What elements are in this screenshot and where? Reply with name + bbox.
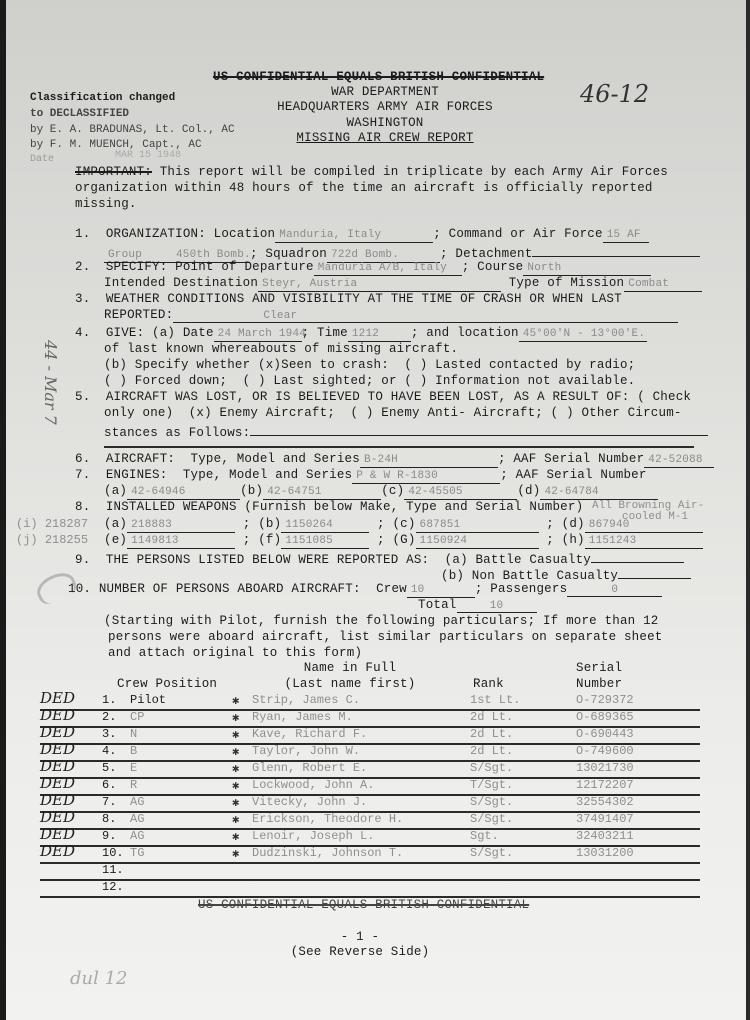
- crew-name[interactable]: Ryan, James M.: [252, 710, 353, 724]
- classification-top: US CONFIDENTIAL EQUALS BRITISH CONFIDENT…: [213, 70, 544, 84]
- section-number: 7.: [75, 468, 90, 482]
- weapon-serial-g[interactable]: 1150924: [416, 535, 539, 549]
- loss-location-field[interactable]: 45°00'N - 13°00'E.: [519, 328, 647, 342]
- weapon-serial-i: 218287: [45, 517, 88, 531]
- crew-serial[interactable]: O-689365: [576, 710, 634, 724]
- section-7-line-2: (a)42-64946(b)42-64751(c)42-45505(d)42-6…: [104, 484, 658, 500]
- org-location-field[interactable]: Manduria, Italy: [275, 229, 433, 243]
- status-annotation: DED: [40, 825, 75, 843]
- checkmark-icon: ✱: [232, 744, 239, 759]
- field-label: (d): [517, 484, 540, 498]
- classification-bottom: US CONFIDENTIAL EQUALS BRITISH CONFIDENT…: [198, 898, 529, 912]
- col-header-position: Crew Position: [117, 677, 217, 691]
- weapon-serial-f[interactable]: 1151085: [281, 535, 369, 549]
- stamp-date-label: Date: [30, 154, 54, 165]
- row-number: 2.: [102, 710, 116, 724]
- status-annotation: DED: [40, 774, 75, 792]
- scan-edge-right: [746, 0, 750, 1020]
- crew-rank[interactable]: S/Sgt.: [470, 812, 513, 826]
- field-label: ; Squadron: [250, 247, 327, 261]
- engine-type-field[interactable]: P & W R-1830: [352, 470, 500, 484]
- crew-rank[interactable]: S/Sgt.: [470, 846, 513, 860]
- crew-serial[interactable]: 32403211: [576, 829, 634, 843]
- passenger-count-field[interactable]: 0: [567, 584, 662, 597]
- field-label: Total: [418, 598, 457, 612]
- crew-rank[interactable]: S/Sgt.: [470, 761, 513, 775]
- loss-date-field[interactable]: 24 March 1944: [214, 328, 302, 342]
- section-8-line-2: (a)218883 ; (b)1150264 ; (c)687851 ; (d)…: [104, 517, 703, 533]
- instructions-line-1: (Starting with Pilot, furnish the follow…: [104, 614, 659, 628]
- crew-position[interactable]: AG: [130, 812, 144, 826]
- status-annotation: DED: [40, 740, 75, 758]
- field-label: (b): [240, 484, 263, 498]
- section-label: GIVE:: [106, 326, 145, 340]
- crew-name[interactable]: Dudzinski, Johnson T.: [252, 846, 403, 860]
- section-3-line-1: 3. WEATHER CONDITIONS AND VISIBILITY AT …: [75, 292, 622, 306]
- crew-name[interactable]: Vitecky, John J.: [252, 795, 367, 809]
- col-header-name-2: (Last name first): [270, 677, 430, 691]
- section-number: 4.: [75, 326, 90, 340]
- field-label: Type of Mission: [509, 276, 625, 290]
- row-number: 10.: [102, 846, 124, 860]
- crew-serial[interactable]: O-690443: [576, 727, 634, 741]
- section-label: ENGINES: Type, Model and Series: [106, 468, 352, 482]
- aircraft-serial-field[interactable]: 42-52088: [644, 454, 714, 468]
- field-label: ; Command or Air Force: [433, 227, 602, 241]
- other-circumstances-field[interactable]: [250, 422, 708, 436]
- section-number: 3.: [75, 292, 90, 306]
- section-number: 1.: [75, 227, 90, 241]
- crew-name[interactable]: Kave, Richard F.: [252, 727, 367, 741]
- important-line-2: organization within 48 hours of the time…: [75, 181, 653, 195]
- section-number: 8.: [75, 500, 90, 514]
- field-label: Point of Departure: [175, 260, 314, 274]
- crew-serial[interactable]: 12172207: [576, 778, 634, 792]
- status-annotation: DED: [40, 842, 75, 860]
- section-2-line-2: Intended DestinationSteyr, Austria Type …: [104, 276, 702, 292]
- section-number: 5.: [75, 390, 90, 404]
- blank-rule: [104, 446, 694, 448]
- page-title: MISSING AIR CREW REPORT: [220, 131, 550, 145]
- engine-serial-c[interactable]: 42-45505: [404, 486, 517, 500]
- field-label: (a) Date: [152, 326, 214, 340]
- field-label: (a): [104, 517, 127, 531]
- field-label: (b) Non Battle Casualty: [441, 569, 618, 583]
- field-label: (h): [562, 533, 585, 547]
- section-6-line: 6. AIRCRAFT: Type, Model and SeriesB-24H…: [75, 452, 714, 468]
- status-annotation: DED: [40, 791, 75, 809]
- crew-position[interactable]: R: [130, 778, 137, 792]
- col-header-serial-2: Number: [576, 677, 622, 691]
- section-number: 9.: [75, 553, 90, 567]
- checkmark-icon: ✱: [232, 761, 239, 776]
- section-5-line-1: 5. AIRCRAFT WAS LOST, OR IS BELIEVED TO …: [75, 390, 691, 404]
- reverse-side-note: (See Reverse Side): [250, 945, 470, 959]
- engine-serial-a[interactable]: 42-64946: [127, 486, 240, 500]
- row-number: 1.: [102, 693, 116, 707]
- checkmark-icon: ✱: [232, 829, 239, 844]
- section-2-line-1: 2. SPECIFY: Point of DepartureManduria A…: [75, 260, 651, 276]
- section-label: INSTALLED WEAPONS (Furnish below Make, T…: [106, 500, 583, 514]
- field-label: stances as Follows:: [104, 426, 250, 440]
- weapon-serial-b[interactable]: 1150264: [281, 519, 369, 533]
- field-label: (a): [104, 484, 127, 498]
- status-annotation: DED: [40, 757, 75, 775]
- crew-position[interactable]: AG: [130, 795, 144, 809]
- crew-rank[interactable]: T/Sgt.: [470, 778, 513, 792]
- field-label: (e): [104, 533, 127, 547]
- section-5-line-2: only one) (x) Enemy Aircraft; ( ) Enemy …: [104, 406, 682, 420]
- checkmark-icon: ✱: [232, 710, 239, 725]
- col-header-name-1: Name in Full: [270, 661, 430, 675]
- crew-name[interactable]: Strip, James C.: [252, 693, 360, 707]
- section-label: ORGANIZATION:: [106, 227, 206, 241]
- section-label: SPECIFY:: [106, 260, 168, 274]
- row-number: 6.: [102, 778, 116, 792]
- crew-serial[interactable]: O-749600: [576, 744, 634, 758]
- detachment-field[interactable]: [532, 243, 700, 257]
- section-10-line-2: Total10: [418, 598, 537, 613]
- field-label: ; and location: [411, 326, 519, 340]
- engine-serial-b[interactable]: 42-64751: [263, 486, 381, 500]
- section-number: 10.: [68, 582, 91, 596]
- row-number: 4.: [102, 744, 116, 758]
- crew-position[interactable]: AG: [130, 829, 144, 843]
- field-label: (c): [381, 484, 404, 498]
- status-annotation: DED: [40, 723, 75, 741]
- field-label: ; Time: [302, 326, 348, 340]
- extra-weapon-i: (i) 218287: [16, 517, 88, 531]
- weapon-serial-d[interactable]: 867940: [585, 519, 703, 533]
- section-8-line-3: (e)1149813 ; (f)1151085 ; (G)1150924 ; (…: [104, 533, 703, 549]
- crew-rank[interactable]: S/Sgt.: [470, 795, 513, 809]
- crew-position[interactable]: B: [130, 744, 137, 758]
- crew-serial[interactable]: 32554302: [576, 795, 634, 809]
- loss-time-field[interactable]: 1212: [348, 328, 411, 342]
- row-number: 7.: [102, 795, 116, 809]
- crew-serial[interactable]: 37491407: [576, 812, 634, 826]
- crew-rank[interactable]: Sgt.: [470, 829, 499, 843]
- instructions-line-3: and attach original to this form): [108, 646, 362, 660]
- section-9-line-2: (b) Non Battle Casualty: [441, 565, 691, 583]
- checkmark-icon: ✱: [232, 812, 239, 827]
- crew-rank[interactable]: 2d Lt.: [470, 744, 513, 758]
- row-number: 3.: [102, 727, 116, 741]
- section-4-line-2: of last known whereabouts of missing air…: [104, 342, 458, 356]
- crew-name[interactable]: Lenoir, Joseph L.: [252, 829, 374, 843]
- stamp-line-3: by E. A. BRADUNAS, Lt. Col., AC: [30, 124, 235, 136]
- crew-name[interactable]: Erickson, Theodore H.: [252, 812, 403, 826]
- field-label: ; Passengers: [475, 582, 567, 596]
- crew-name[interactable]: Lockwood, John A.: [252, 778, 374, 792]
- stamp-date: MAR 15 1948: [115, 150, 181, 161]
- command-field[interactable]: 15 AF: [603, 229, 649, 243]
- department: WAR DEPARTMENT: [220, 85, 550, 99]
- field-label: ; AAF Serial Number: [500, 468, 646, 482]
- field-label: (d): [562, 517, 585, 531]
- row-number: 12.: [102, 880, 124, 894]
- weapon-serial-a[interactable]: 218883: [127, 519, 235, 533]
- weapon-serial-h[interactable]: 1151243: [585, 535, 703, 549]
- status-annotation: DED: [40, 706, 75, 724]
- section-7-line-1: 7. ENGINES: Type, Model and SeriesP & W …: [75, 468, 647, 484]
- weapon-serial-c[interactable]: 687851: [416, 519, 539, 533]
- field-label: Intended Destination: [104, 276, 258, 290]
- important-text-1: This report will be compiled in triplica…: [160, 165, 668, 179]
- crew-rank[interactable]: 1st Lt.: [470, 693, 520, 707]
- stamp-line-2: to DECLASSIFIED: [30, 108, 129, 120]
- field-label: ; AAF Serial Number: [498, 452, 644, 466]
- section-label: NUMBER OF PERSONS ABOARD AIRCRAFT:: [99, 582, 361, 596]
- row-number: 9.: [102, 829, 116, 843]
- checkmark-icon: ✱: [232, 778, 239, 793]
- scan-edge-left: [0, 0, 6, 1020]
- checkmark-icon: ✱: [232, 693, 239, 708]
- crew-rank[interactable]: 2d Lt.: [470, 710, 513, 724]
- col-header-serial-1: Serial: [576, 661, 622, 675]
- margin-note-bottom: dul 12: [70, 968, 128, 989]
- section-4-line-3: (b) Specify whether (x)Seen to crash: ( …: [104, 358, 635, 372]
- city: WASHINGTON: [220, 116, 550, 130]
- page-number: - 1 -: [250, 930, 470, 944]
- field-label: (G): [392, 533, 415, 547]
- crew-serial[interactable]: O-729372: [576, 693, 634, 707]
- row-number: 5.: [102, 761, 116, 775]
- section-4-line-4: ( ) Forced down; ( ) Last sighted; or ( …: [104, 374, 635, 388]
- instructions-line-2: persons were aboard aircraft, list simil…: [108, 630, 663, 644]
- mission-type-field[interactable]: Combat: [624, 278, 702, 292]
- field-label: ; Course: [462, 260, 524, 274]
- important-line-1: IMPORTANT: This report will be compiled …: [75, 165, 668, 179]
- row-number: 8.: [102, 812, 116, 826]
- document-page: US CONFIDENTIAL EQUALS BRITISH CONFIDENT…: [0, 0, 750, 1020]
- crew-serial[interactable]: 13021730: [576, 761, 634, 775]
- crew-position[interactable]: CP: [130, 710, 144, 724]
- checkmark-icon: ✱: [232, 795, 239, 810]
- section-label: AIRCRAFT: Type, Model and Series: [106, 452, 360, 466]
- crew-position[interactable]: N: [130, 727, 137, 741]
- field-label: REPORTED:: [104, 308, 173, 322]
- total-count-field[interactable]: 10: [457, 600, 537, 613]
- section-10-line-1: 10. NUMBER OF PERSONS ABOARD AIRCRAFT: C…: [68, 582, 662, 598]
- field-label: Location: [214, 227, 276, 241]
- battle-casualty-field[interactable]: [591, 549, 684, 563]
- section-label: WEATHER CONDITIONS AND VISIBILITY AT THE…: [106, 292, 622, 306]
- checkmark-icon: ✱: [232, 846, 239, 861]
- section-number: 2.: [75, 260, 90, 274]
- row-number: 11.: [102, 863, 124, 877]
- checkmark-icon: ✱: [232, 727, 239, 742]
- field-label: (j): [16, 533, 38, 547]
- file-number: 46-12: [580, 80, 649, 108]
- extra-weapon-j: (j) 218255: [16, 533, 88, 547]
- section-number: 6.: [75, 452, 90, 466]
- engine-serial-d[interactable]: 42-64784: [540, 486, 658, 500]
- non-battle-casualty-field[interactable]: [618, 565, 691, 579]
- destination-field[interactable]: Steyr, Austria: [258, 278, 501, 292]
- weapon-serial-j: 218255: [45, 533, 88, 547]
- section-label: AIRCRAFT WAS LOST, OR IS BELIEVED TO HAV…: [106, 390, 691, 404]
- section-1-line-1: 1. ORGANIZATION: LocationManduria, Italy…: [75, 227, 649, 243]
- aircraft-type-field[interactable]: B-24H: [360, 454, 498, 468]
- section-3-line-2: REPORTED:Clear: [104, 308, 678, 323]
- table-row: 12.: [40, 879, 700, 898]
- hq-name: HEADQUARTERS ARMY AIR FORCES: [220, 100, 550, 114]
- crew-rank[interactable]: 2d Lt.: [470, 727, 513, 741]
- weather-field[interactable]: Clear: [173, 310, 678, 323]
- section-8-line-1: 8. INSTALLED WEAPONS (Furnish below Make…: [75, 500, 583, 514]
- field-label: (i): [16, 517, 38, 531]
- important-label: IMPORTANT:: [75, 165, 152, 179]
- crew-position[interactable]: TG: [130, 846, 144, 860]
- margin-note-side: 44 - Mar 7: [41, 340, 60, 425]
- field-label: (f): [258, 533, 281, 547]
- crew-position[interactable]: Pilot: [130, 693, 166, 707]
- crew-name[interactable]: Taylor, John W.: [252, 744, 360, 758]
- field-label: (c): [392, 517, 415, 531]
- section-label: THE PERSONS LISTED BELOW WERE REPORTED A…: [106, 553, 429, 567]
- col-header-rank: Rank: [473, 677, 504, 691]
- field-label: ; Detachment: [440, 247, 532, 261]
- stamp-line-1: Classification changed: [30, 92, 175, 104]
- crew-position[interactable]: E: [130, 761, 137, 775]
- field-label: Crew: [376, 582, 407, 596]
- crew-serial[interactable]: 13031200: [576, 846, 634, 860]
- weapon-serial-e[interactable]: 1149813: [127, 535, 235, 549]
- section-5-line-3: stances as Follows:: [104, 422, 708, 440]
- status-annotation: DED: [40, 808, 75, 826]
- course-field[interactable]: North: [523, 262, 651, 276]
- field-label: (b): [258, 517, 281, 531]
- crew-count-field[interactable]: 10: [407, 584, 475, 598]
- important-line-3: missing.: [75, 197, 137, 211]
- section-4-line-1: 4. GIVE: (a) Date24 March 1944; Time1212…: [75, 326, 647, 342]
- status-annotation: DED: [40, 689, 75, 707]
- crew-name[interactable]: Glenn, Robert E.: [252, 761, 367, 775]
- departure-field[interactable]: Manduria A/B, Italy: [314, 262, 462, 276]
